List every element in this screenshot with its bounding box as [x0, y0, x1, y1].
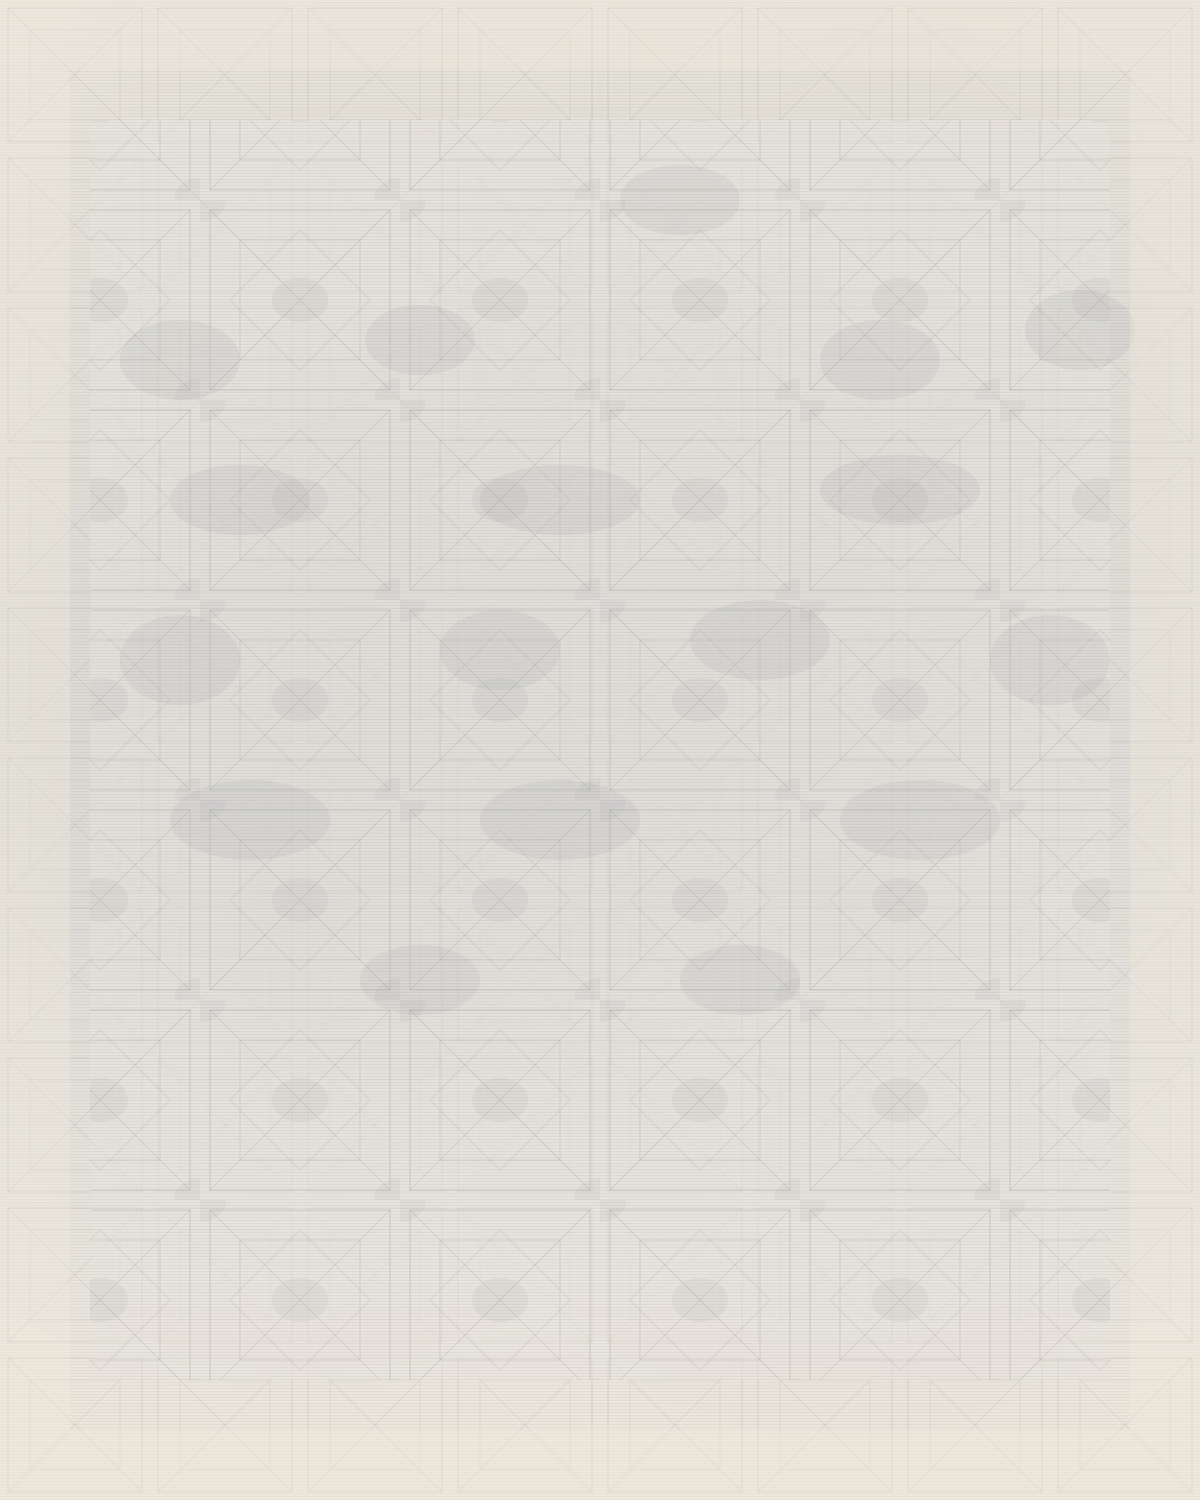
- rug-photo: [0, 0, 1200, 1500]
- rug-edge: [0, 0, 1200, 1500]
